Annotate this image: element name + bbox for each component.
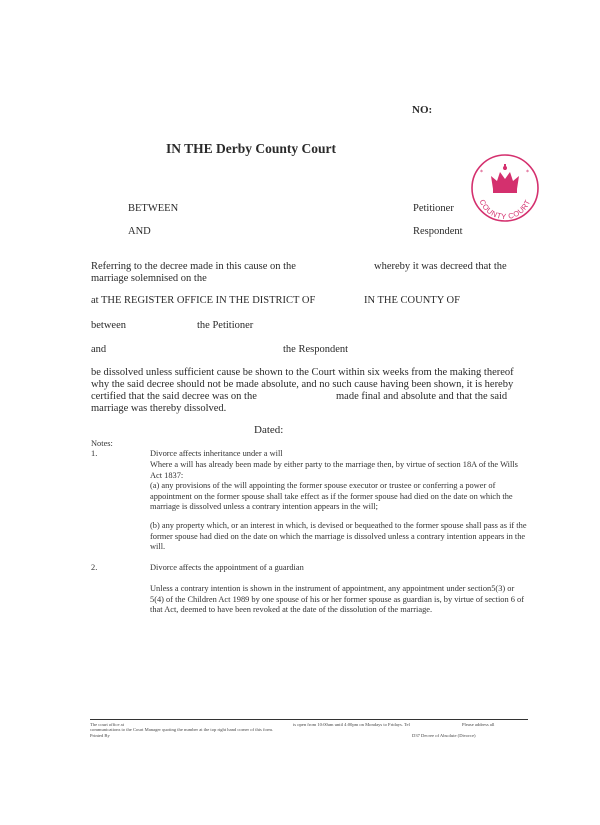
svg-text:*: * (480, 169, 483, 176)
county-court-stamp: * * COUNTY COURT (466, 152, 544, 224)
footer-form-code: D37 Decree of Absolute (Divorce) (412, 733, 476, 739)
court-title: IN THE Derby County Court (166, 141, 336, 157)
case-number-label: NO: (412, 104, 432, 116)
note-1-clause-a: (a) any provisions of the will appointin… (150, 481, 530, 513)
the-respondent-text: the Respondent (283, 343, 348, 356)
note-1-title: Divorce affects inheritance under a will (150, 449, 530, 460)
referring-text-right: whereby it was decreed that the (374, 260, 507, 273)
footer-open-hours: is open from 10:00am until 4:00pm on Mon… (293, 722, 410, 728)
footer-communications: communications to the Court Manager quot… (90, 727, 273, 733)
register-office-text: at THE REGISTER OFFICE IN THE DISTRICT O… (91, 294, 315, 307)
the-petitioner-text: the Petitioner (197, 319, 253, 332)
and-label: AND (128, 225, 151, 238)
note-1-number: 1. (91, 449, 97, 458)
between-word: between (91, 319, 126, 332)
dissolved-line-4: marriage was thereby dissolved. (91, 402, 226, 415)
note-2-body: Unless a contrary intention is shown in … (150, 584, 530, 616)
svg-text:COUNTY COURT: COUNTY COURT (478, 198, 533, 221)
note-2-number: 2. (91, 563, 97, 572)
dissolved-line-3-right: made final and absolute and that the sai… (336, 390, 507, 403)
dated-label: Dated: (254, 424, 283, 436)
note-2-title: Divorce affects the appointment of a gua… (150, 563, 530, 574)
crown-icon: * * COUNTY COURT (466, 152, 544, 224)
marriage-solemnised-text: marriage solemnised on the (91, 272, 207, 285)
petitioner-label: Petitioner (413, 202, 454, 215)
between-label: BETWEEN (128, 202, 178, 215)
note-1-intro: Where a will has already been made by ei… (150, 460, 530, 481)
notes-heading: Notes: (91, 439, 113, 448)
and-word: and (91, 343, 106, 356)
svg-text:*: * (526, 169, 529, 176)
note-1-clause-b: (b) any property which, or an interest i… (150, 521, 530, 553)
footer-divider (90, 719, 528, 720)
county-of-text: IN THE COUNTY OF (364, 294, 460, 307)
footer-address-all: Please address all (462, 722, 494, 728)
respondent-label: Respondent (413, 225, 463, 238)
footer-printed-by: Printed By (90, 733, 110, 739)
